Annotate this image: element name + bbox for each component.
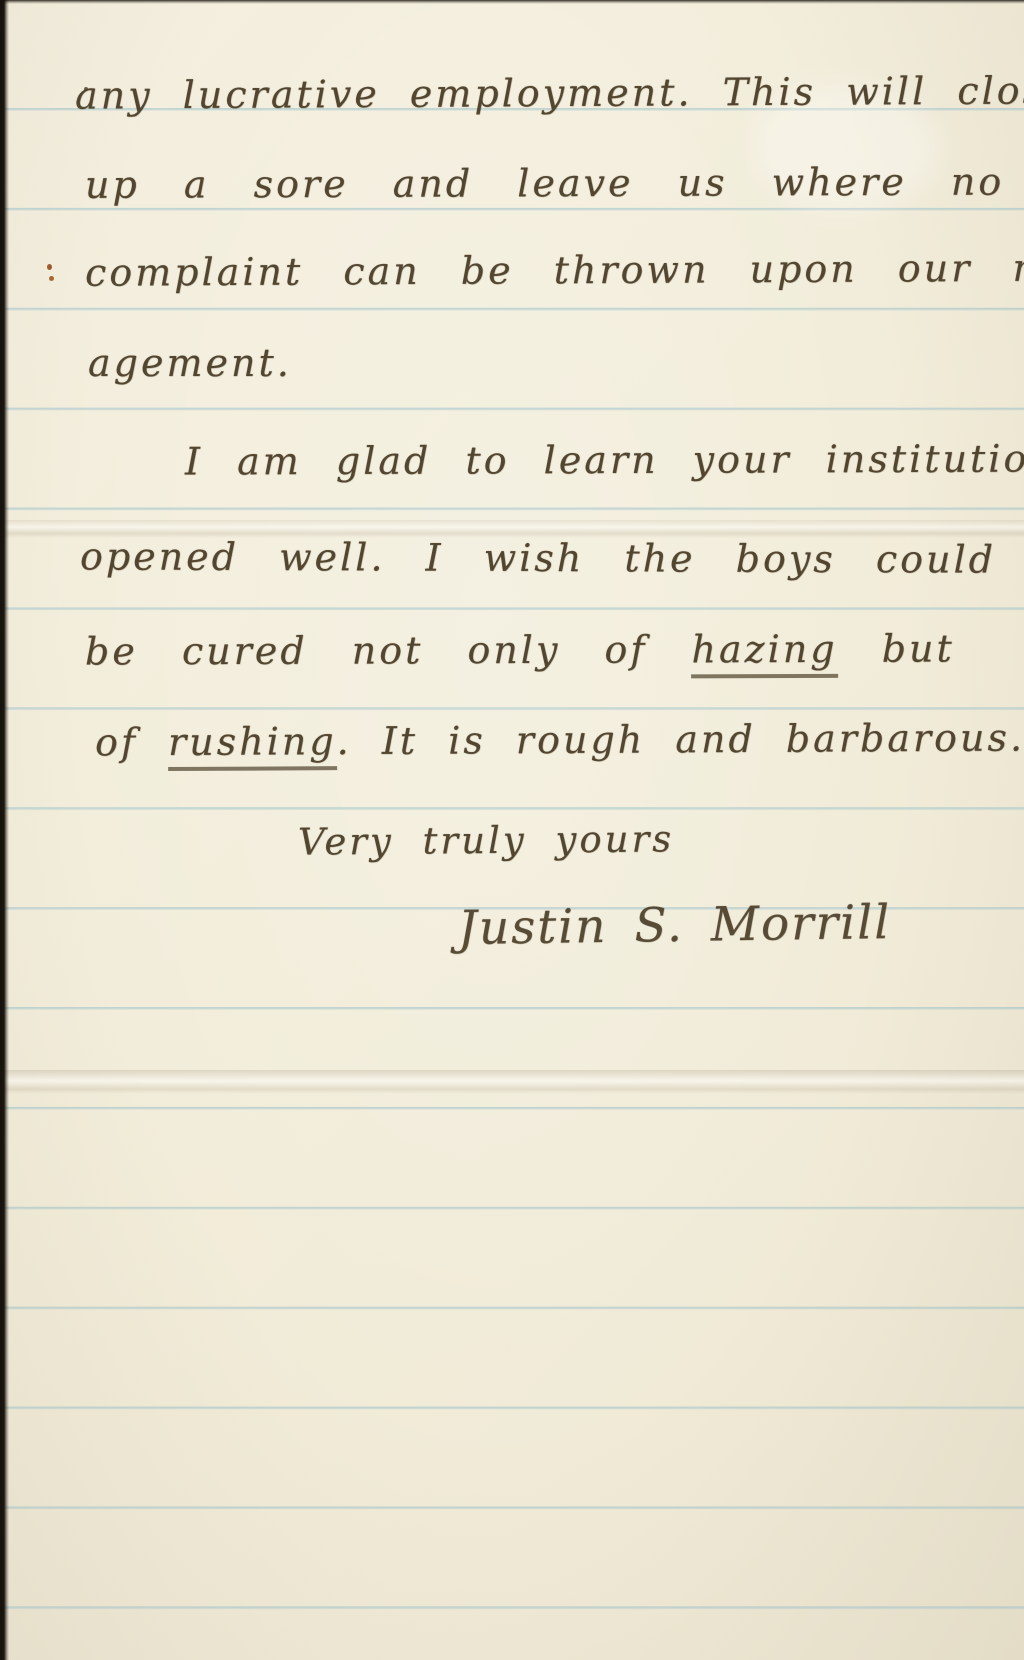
ink-speck — [49, 276, 54, 281]
letter-line-7: be cured not only of hazing but — [85, 629, 955, 670]
signature: Justin S. Morrill — [458, 899, 892, 952]
letter-line-8: of rushing. It is rough and barbarous. — [95, 719, 1024, 762]
letter-line-8-pre: of — [95, 720, 168, 764]
letter-line-3: complaint can be thrown upon our man= — [85, 248, 1024, 292]
letter-line-4: agement. — [88, 344, 292, 382]
letter-line-1: any lucrative employment. This will clos… — [75, 71, 1024, 114]
letter-line-7-pre: be cured not only of — [85, 627, 692, 673]
letter-line-8-post: . It is rough and barbarous. — [336, 716, 1024, 764]
page-edge-left — [0, 0, 9, 1660]
underlined-word-rushing: rushing — [168, 719, 337, 771]
underlined-word-hazing: hazing — [691, 627, 837, 679]
letter-line-5: I am glad to learn your institution — [185, 439, 1024, 480]
letter-closing: Very truly yours — [298, 820, 674, 860]
letter-line-7-post: but — [838, 626, 955, 670]
page-edge-top — [0, 0, 1024, 4]
letter-line-2: up a sore and leave us where no just — [85, 162, 1024, 204]
letter-page: any lucrative employment. This will clos… — [0, 0, 1024, 1660]
ink-speck — [47, 264, 52, 270]
letter-line-6: opened well. I wish the boys could — [80, 537, 996, 578]
